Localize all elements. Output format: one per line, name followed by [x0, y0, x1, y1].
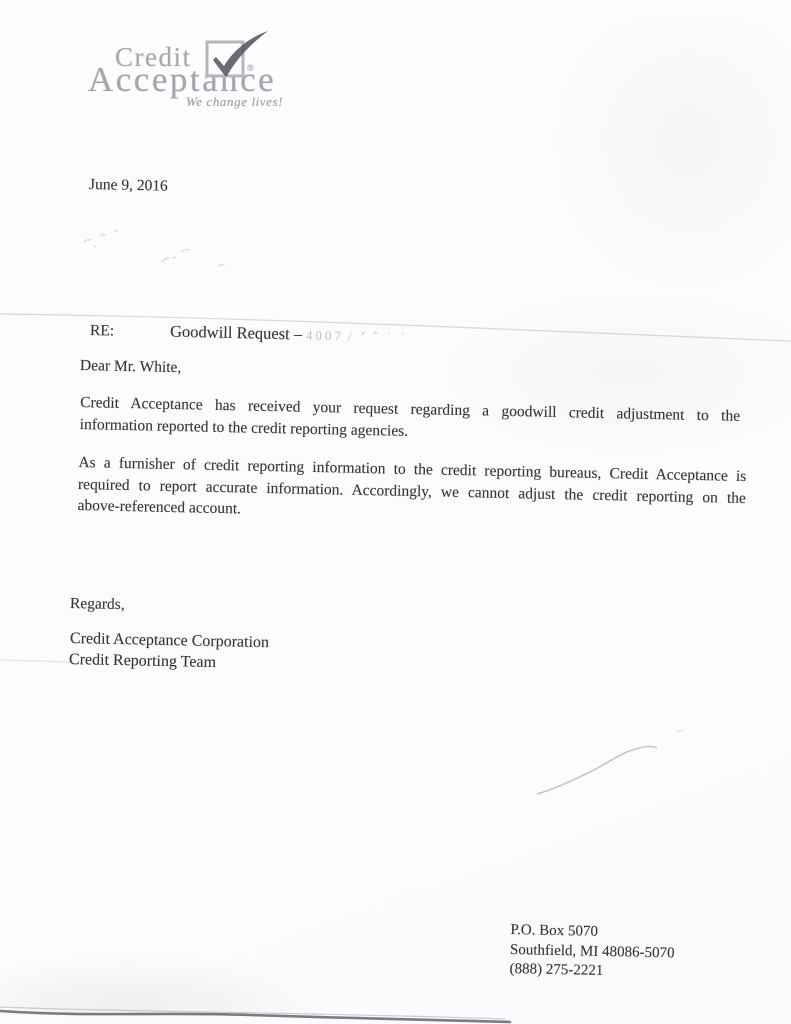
- paper-bottom-edge: [0, 0, 791, 1024]
- scanned-letter-page: Credit Acceptance ® We change lives! Jun…: [0, 0, 791, 1024]
